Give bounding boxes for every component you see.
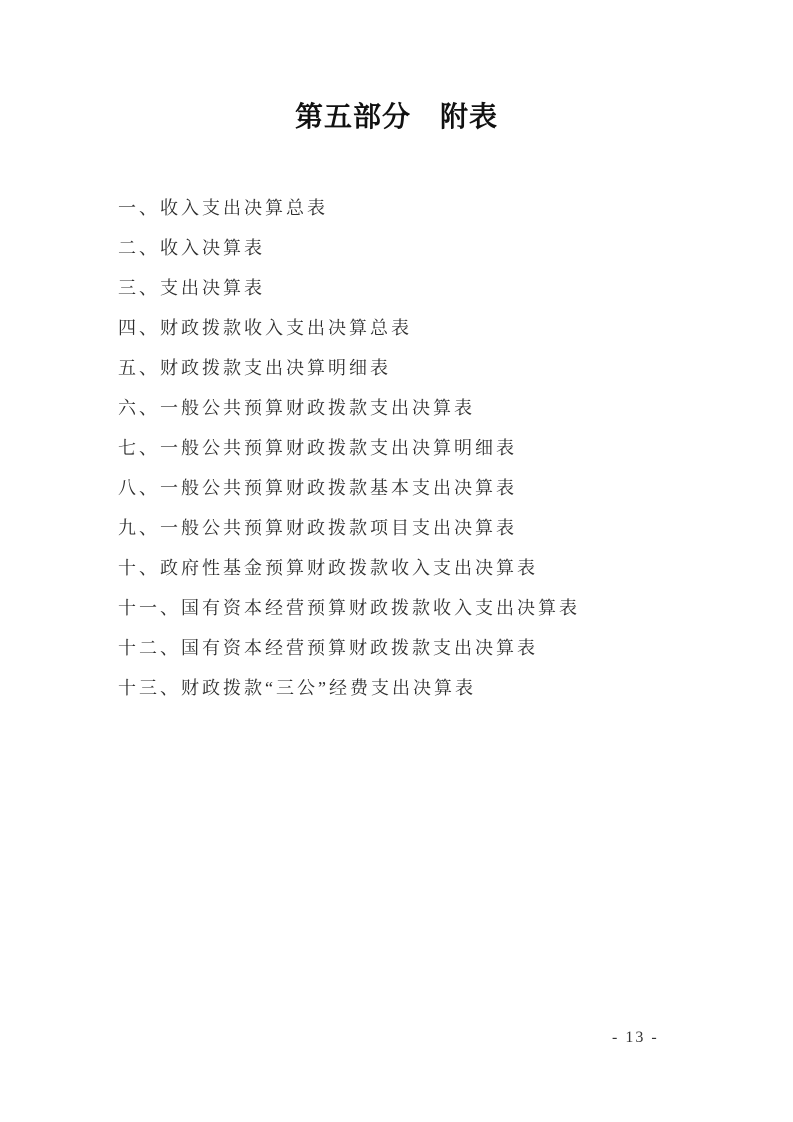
list-item: 五、财政拨款支出决算明细表: [118, 348, 580, 388]
page-title: 第五部分 附表: [0, 99, 793, 135]
list-item: 十一、国有资本经营预算财政拨款收入支出决算表: [118, 588, 580, 628]
list-item: 一、收入支出决算总表: [118, 188, 580, 228]
list-item: 二、收入决算表: [118, 228, 580, 268]
list-item: 十三、财政拨款“三公”经费支出决算表: [118, 668, 580, 708]
list-item: 六、一般公共预算财政拨款支出决算表: [118, 388, 580, 428]
list-item: 七、一般公共预算财政拨款支出决算明细表: [118, 428, 580, 468]
page-number: - 13 -: [612, 1029, 659, 1047]
attached-tables-list: 一、收入支出决算总表 二、收入决算表 三、支出决算表 四、财政拨款收入支出决算总…: [118, 188, 580, 708]
list-item: 三、支出决算表: [118, 268, 580, 308]
document-page: 第五部分 附表 一、收入支出决算总表 二、收入决算表 三、支出决算表 四、财政拨…: [0, 0, 793, 1122]
list-item: 十、政府性基金预算财政拨款收入支出决算表: [118, 548, 580, 588]
list-item: 九、一般公共预算财政拨款项目支出决算表: [118, 508, 580, 548]
list-item: 八、一般公共预算财政拨款基本支出决算表: [118, 468, 580, 508]
list-item: 十二、国有资本经营预算财政拨款支出决算表: [118, 628, 580, 668]
list-item: 四、财政拨款收入支出决算总表: [118, 308, 580, 348]
